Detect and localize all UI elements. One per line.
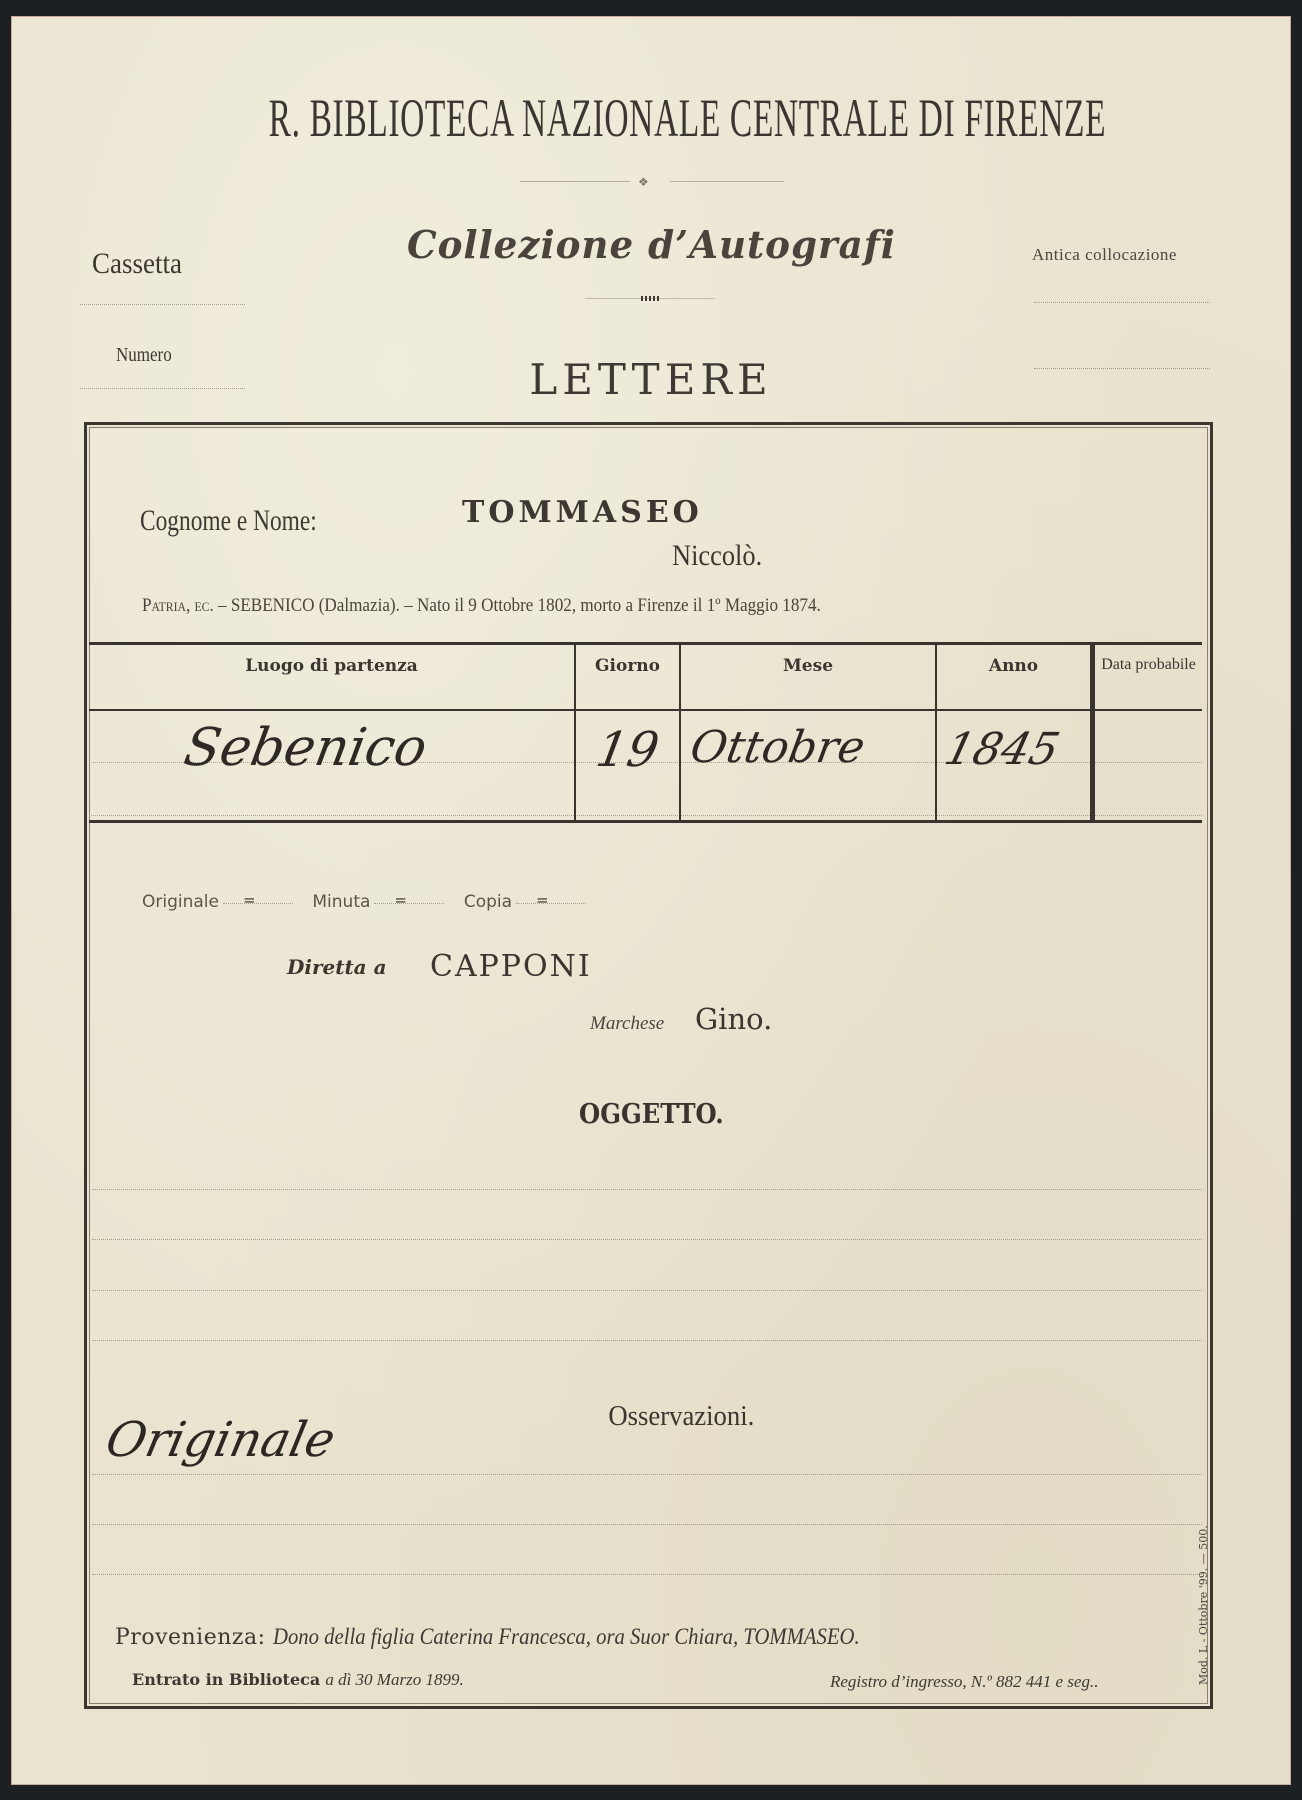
originale-mark: =: [243, 891, 256, 909]
accession-date-line: Entrato in Biblioteca a dì 30 Marzo 1899…: [132, 1670, 464, 1690]
fleuron-ornament-icon: ❖: [520, 177, 784, 187]
osservazioni-heading-text: Osservazioni.: [608, 1400, 754, 1433]
osservazioni-line-1[interactable]: [92, 1474, 1202, 1475]
copia-mark: =: [536, 891, 549, 909]
form-code: Mod. L - Ottobre '99. — 500.: [1197, 1525, 1210, 1685]
recipient-first-name: Gino.: [695, 1002, 772, 1036]
author-birthplace-line: Patria, ec. – SEBENICO (Dalmazia). – Nat…: [142, 595, 896, 617]
cassetta-label-text: Cassetta: [92, 247, 182, 281]
ornament-rule-right: [670, 181, 784, 182]
recipient-prefix: Diretta a: [287, 955, 387, 979]
recipient-surname: CAPPONI: [430, 949, 592, 984]
provenance-value: Dono della figlia Caterina Francesca, or…: [273, 1624, 860, 1650]
patria-text: – SEBENICO (Dalmazia). – Nato il 9 Ottob…: [214, 595, 821, 616]
provenance-line: Provenienza: Dono della figlia Caterina …: [115, 1622, 925, 1650]
accession-label: Entrato in Biblioteca: [132, 1670, 320, 1689]
name-label-text: Cognome e Nome:: [140, 504, 317, 538]
oggetto-heading: OGGETTO.: [12, 1099, 1290, 1130]
minuta-item: Minuta=: [312, 892, 444, 912]
section-title: LETTERE: [12, 355, 1290, 404]
provenance-label: Provenienza:: [115, 1625, 266, 1650]
value-luogo[interactable]: Sebenico: [180, 718, 432, 778]
registry-number: Registro d’ingresso, N.º 882 441 e seg..: [830, 1672, 1098, 1692]
ornament-rule-left: [520, 181, 630, 182]
value-giorno[interactable]: 19: [592, 722, 663, 778]
copia-label: Copia: [464, 892, 512, 912]
author-first-name: Niccolò.: [672, 539, 774, 573]
patria-label: Patria, ec.: [142, 595, 214, 616]
minuta-field[interactable]: =: [374, 903, 444, 904]
author-first-name-text: Niccolò.: [672, 539, 762, 573]
oggetto-line-2[interactable]: [92, 1239, 1202, 1240]
copia-item: Copia=: [464, 892, 586, 912]
header-mese: Mese: [681, 656, 935, 676]
value-mese[interactable]: Ottobre: [687, 722, 869, 773]
name-label: Cognome e Nome:: [140, 504, 367, 538]
institution-title-text: R. BIBLIOTECA NAZIONALE CENTRALE DI FIRE…: [269, 87, 1107, 149]
header-data-probabile: Data probabile: [1095, 656, 1202, 674]
header-anno: Anno: [937, 656, 1090, 676]
osservazioni-line-2[interactable]: [92, 1524, 1202, 1525]
accession-date: a dì 30 Marzo 1899.: [325, 1670, 463, 1689]
cassetta-field[interactable]: [80, 304, 245, 305]
document-type-row: Originale= Minuta= Copia=: [142, 892, 600, 912]
cassetta-label: Cassetta: [92, 247, 192, 281]
table-header-rule: [89, 709, 1202, 711]
osservazioni-line-3[interactable]: [92, 1574, 1202, 1575]
oggetto-line-1[interactable]: [92, 1189, 1202, 1190]
originale-label: Originale: [142, 892, 219, 912]
header-luogo: Luogo di partenza: [89, 656, 574, 676]
originale-field[interactable]: =: [223, 903, 293, 904]
oggetto-line-3[interactable]: [92, 1290, 1202, 1291]
oggetto-heading-text: OGGETTO.: [579, 1099, 724, 1130]
archive-card: R. BIBLIOTECA NAZIONALE CENTRALE DI FIRE…: [12, 17, 1290, 1784]
minuta-label: Minuta: [312, 892, 370, 912]
osservazioni-handwritten-note[interactable]: Originale: [101, 1412, 340, 1468]
minuta-mark: =: [394, 891, 407, 909]
originale-item: Originale=: [142, 892, 293, 912]
copia-field[interactable]: =: [516, 903, 586, 904]
antica-collocazione-label: Antica collocazione: [1032, 245, 1177, 265]
table-dotted-rule-2: [89, 815, 1202, 816]
antica-collocazione-field-1[interactable]: [1034, 302, 1210, 303]
author-surname: TOMMASEO: [462, 495, 703, 530]
table-bottom-rule: [89, 820, 1202, 823]
collection-title-text: Collezione d’Autografi: [407, 222, 896, 267]
oggetto-line-4[interactable]: [92, 1340, 1202, 1341]
ornament-glyph: ❖: [638, 175, 649, 189]
recipient-title: Marchese: [590, 1013, 664, 1035]
header-giorno: Giorno: [576, 656, 679, 676]
date-table: Luogo di partenza Giorno Mese Anno Data …: [89, 642, 1202, 822]
institution-title: R. BIBLIOTECA NAZIONALE CENTRALE DI FIRE…: [12, 87, 1290, 149]
divider-dots: [585, 296, 715, 302]
value-anno[interactable]: 1845: [940, 724, 1065, 775]
table-top-rule: [89, 642, 1202, 645]
